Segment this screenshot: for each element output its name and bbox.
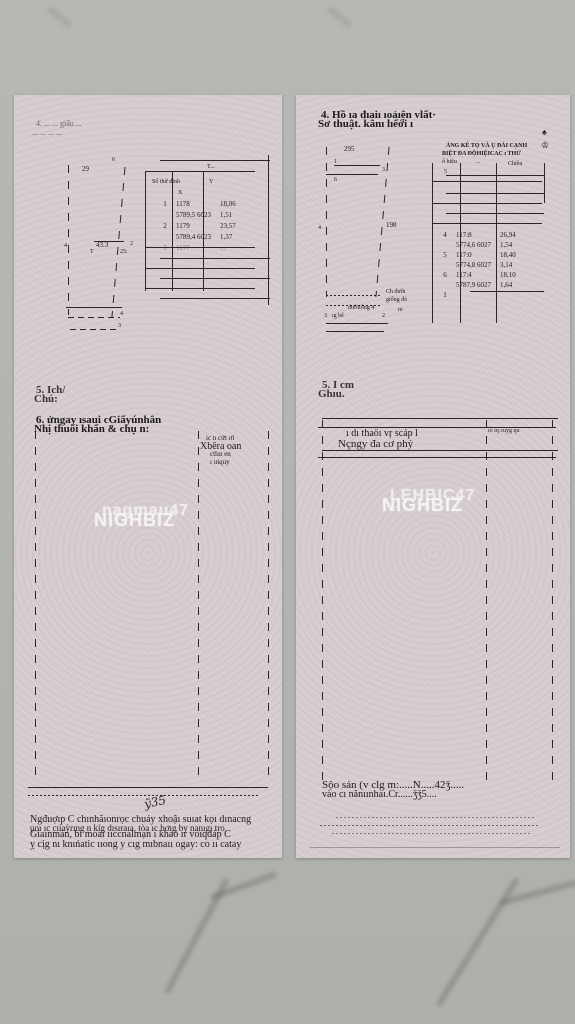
section4-heading: 4. ... ... giấu ... — [36, 119, 82, 128]
marble-vein — [326, 5, 353, 29]
table-title: ẢNG KÊ TỌ VÀ Ụ ĐẢI CẠNH — [446, 143, 527, 150]
road-label: ıg bê — [332, 313, 344, 320]
table-header: Y — [209, 179, 213, 186]
watermark: nagmau47 NIGHBIZ — [94, 510, 175, 531]
road-label: đườıtông 4 — [348, 305, 374, 312]
dimension-label: T — [90, 249, 94, 256]
table-row: 5774,6 60271,54 — [434, 240, 530, 250]
footer-text: ỵ cịg nı knıńatic ııong y cıg mıbnaıı og… — [30, 840, 241, 850]
dimension-label: 198 — [386, 221, 397, 229]
table-row: 5117:018,40 — [434, 250, 530, 260]
road-label: giống đó — [386, 297, 407, 304]
table-row: 6117:418,10 — [434, 270, 530, 280]
marble-vein — [435, 877, 520, 1007]
document-page-right: 4. Hồ ıa đıaiı ıoảıện vlất· Sơ thuật. kã… — [296, 95, 570, 858]
table-header: Số thứ đỉnh — [152, 179, 180, 186]
table-row: 5774,8 60273,14 — [434, 260, 530, 270]
road-label: m — [398, 307, 403, 314]
dimension-label: 6 — [334, 177, 337, 184]
dimension-label: 43.3 — [96, 241, 108, 249]
dimension-label: 3 — [382, 167, 385, 174]
dimension-label: 2 — [382, 313, 385, 320]
table-header: ố hiệu — [442, 159, 457, 166]
dimension-label: 4 — [64, 243, 67, 250]
marble-vein — [46, 5, 73, 29]
table-title: BIỆT ĐA ĐỘHIỆICAC ı THỬ — [442, 151, 521, 158]
table-row: 5789,4 60231,37 — [154, 232, 250, 243]
section4-subheading: Sơ thuật. kãnı lıếới ı — [318, 119, 413, 130]
road-label: Ch đườı — [386, 289, 406, 296]
column-header: ıo ıq cuyg qu — [488, 428, 520, 435]
dimension-label: 4 — [120, 311, 123, 318]
table-row: 5787,9 60271,64 — [434, 280, 530, 290]
dimension-label: 3 — [324, 313, 327, 320]
dimension-label: 1 — [334, 159, 337, 166]
spade-mark-icon: ♠ — [542, 127, 547, 137]
table-header: X — [178, 190, 182, 197]
dimension-label: 29 — [82, 165, 89, 173]
dimension-label: 2 — [130, 241, 133, 248]
table-title: T... — [207, 164, 215, 171]
section5-subheading: Chú: — [34, 394, 58, 405]
table-header: Chiều — [508, 161, 522, 168]
dimension-label: 6 — [112, 157, 115, 164]
registration-entry: vào cı nănıınhaı.Cr......ǯǯ5.... — [322, 790, 437, 800]
table-header: ... — [476, 159, 481, 166]
column-header: Nçngy đa cơ phỷ — [338, 439, 413, 449]
section5-subheading: Ghıu. — [318, 389, 345, 400]
dimension-label: 3 — [118, 323, 121, 330]
dimension-label: 295 — [344, 145, 355, 153]
dimension-label: 4 — [318, 225, 321, 232]
table-row: 4117:826,94 — [434, 230, 530, 240]
table-row: 2117923,57 — [154, 221, 250, 232]
table-row: 31177... — [154, 243, 250, 254]
table-row: 1117818,06 — [154, 199, 250, 210]
document-page-left: 4. ... ... giấu ... ... ... ... ... 29 6… — [14, 95, 282, 858]
column-header: ctlın en — [210, 450, 231, 458]
watermark: LEHBIC47 NIGHBIZ — [382, 495, 463, 516]
crown-mark-icon: ♔ — [541, 140, 549, 151]
signature: ỹ35 — [143, 793, 167, 811]
section4-subheading: ... ... ... ... — [32, 128, 62, 137]
dimension-label: 25: — [120, 249, 128, 256]
section6-subheading: Nhị thuối khẩn & chụ n: — [34, 424, 149, 435]
column-header: ı uiquy — [210, 458, 230, 466]
table-row: 5789,5 60231,51 — [154, 210, 250, 221]
